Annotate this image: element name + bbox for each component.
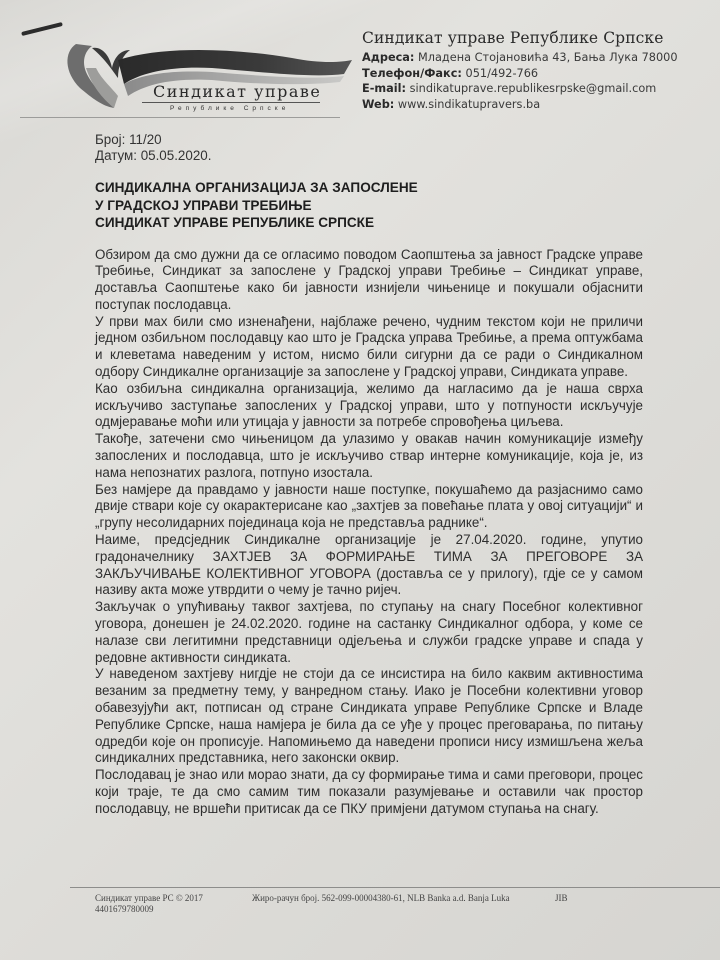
org-contact-block: Синдикат управе Републике Српске Адреса:… (362, 29, 678, 112)
paragraph: У наведеном захтјеву нигдје не стоји да … (95, 666, 643, 767)
letter-heading: СИНДИКАЛНА ОРГАНИЗАЦИЈА ЗА ЗАПОСЛЕНЕ У Г… (95, 179, 643, 232)
logo-title: Синдикат управе (153, 82, 321, 101)
paragraph: Обзиром да смо дужни да се огласимо пово… (95, 247, 643, 314)
footer-bank-account: Жиро-рачун број. 562-099-00004380-61, NL… (252, 893, 510, 904)
paragraph: Послодавац је знао или морао знати, да с… (95, 767, 643, 817)
footer-divider (70, 887, 720, 888)
pen-mark (21, 22, 63, 36)
letter-body: Број: 11/20 Датум: 05.05.2020. СИНДИКАЛН… (95, 132, 643, 818)
phone-value: 051/492-766 (466, 67, 539, 80)
footer-id: 4401679780009 (95, 904, 203, 915)
reference-date: Датум: 05.05.2020. (95, 148, 643, 164)
paragraph: У први мах били смо изненађени, најблаже… (95, 314, 643, 381)
logo-subtitle: Републике Српске (170, 105, 289, 112)
heading-line-2: У ГРАДСКОЈ УПРАВИ ТРЕБИЊЕ (95, 197, 643, 215)
org-web: Web: www.sindikatupravers.ba (362, 97, 678, 113)
address-value: Младена Стојановића 43, Бања Лука 78000 (418, 51, 678, 64)
email-label: E-mail: (362, 82, 406, 95)
org-email: E-mail: sindikatuprave.republikesrpske@g… (362, 81, 678, 97)
footer-copyright: Синдикат управе РС © 2017 (95, 893, 203, 904)
paragraph: Наиме, предсједник Синдикалне организаци… (95, 532, 643, 599)
paragraph: Без намјере да правдамо у јавности наше … (95, 482, 643, 532)
org-name: Синдикат управе Републике Српске (362, 29, 678, 47)
footer-left: Синдикат управе РС © 2017 4401679780009 (95, 893, 203, 915)
header-divider (20, 117, 340, 118)
paragraph: Као озбиљна синдикална организација, жел… (95, 381, 643, 431)
web-label: Web: (362, 98, 394, 111)
paragraph: Такође, затечени смо чињеницом да улазим… (95, 431, 643, 481)
reference-number: Број: 11/20 (95, 132, 643, 148)
heading-line-1: СИНДИКАЛНА ОРГАНИЗАЦИЈА ЗА ЗАПОСЛЕНЕ (95, 179, 643, 197)
org-address: Адреса: Младена Стојановића 43, Бања Лук… (362, 50, 678, 66)
logo-underline (142, 102, 320, 103)
org-phone: Телефон/Факс: 051/492-766 (362, 66, 678, 82)
heading-line-3: СИНДИКАТ УПРАВЕ РЕПУБЛИКЕ СРПСКЕ (95, 214, 643, 232)
footer-jib: JIB (555, 893, 568, 904)
email-value: sindikatuprave.republikesrpske@gmail.com (410, 82, 657, 95)
paragraph: Закључак о упућивању таквог захтјева, по… (95, 599, 643, 666)
address-label: Адреса: (362, 51, 414, 64)
phone-label: Телефон/Факс: (362, 67, 462, 80)
web-value: www.sindikatupravers.ba (398, 98, 540, 111)
